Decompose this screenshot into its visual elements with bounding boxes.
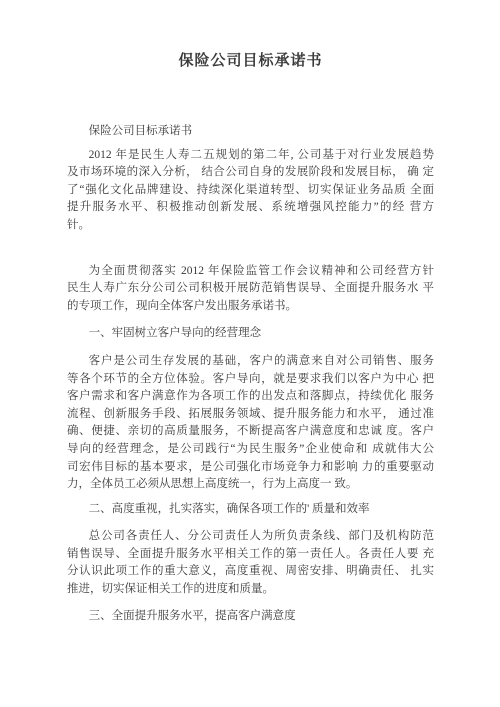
document-title: 保险公司目标承诺书: [67, 50, 434, 72]
text-line: 销售误导、全面提升服务水平相关工作的第一责任人。各责任人要 充: [67, 546, 434, 564]
text-line: 导向的经营理念，是公司践行“为民生服务”企业使命和 成就伟大公: [67, 441, 434, 459]
text-line: 二、高度重视，扎实落实，确保各项工作的' 质量和效率: [67, 501, 434, 519]
section-heading: 三、全面提升服务水平，提高客户满意度: [67, 608, 434, 626]
text-line: 力，全体员工必须从思想上高度统一，行为上高度一 致。: [67, 476, 434, 494]
text-line: 流程、创新服务手段、拓展服务领域、提升服务能力和水平， 通过准: [67, 406, 434, 424]
text-line: 民生人寿广东分公司公司积极开展防范销售误导、全面提升服务水 平: [67, 280, 434, 298]
paragraph: 为全面贯彻落实 2012 年保险监管工作会议精神和公司经营方针民生人寿广东分公司…: [67, 263, 434, 316]
document-body: 保险公司目标承诺书2012 年是民生人寿二五规划的第二年, 公司基于对行业发展趋…: [67, 123, 434, 625]
text-line: 司宏伟目标的基本要求，是公司强化市场竞争力和影响 力的重要驱动: [67, 459, 434, 477]
paragraph: 总公司各责任人、分公司责任人为所负责条线、部门及机构防范销售误导、全面提升服务水…: [67, 528, 434, 598]
text-line: 了“强化文化品牌建设、持续深化渠道转型、切实保证业务品质 全面: [67, 182, 434, 200]
text-line: 提升服务水平、积极推动创新发展、系统增强风控能力”的经 营方: [67, 199, 434, 217]
text-line: 保险公司目标承诺书: [67, 123, 434, 141]
text-line: 2012 年是民生人寿二五规划的第二年, 公司基于对行业发展趋势: [67, 147, 434, 165]
text-line: 客户是公司生存发展的基础，客户的满意来自对公司销售、服务: [67, 353, 434, 371]
text-line: 总公司各责任人、分公司责任人为所负责条线、部门及机构防范: [67, 528, 434, 546]
section-heading: 一、牢固树立客户导向的经营理念: [67, 325, 434, 343]
text-line: 推进，切实保证相关工作的进度和质量。: [67, 581, 434, 599]
text-line: 分认识此项工作的重大意义，高度重视、周密安排、明确责任、 扎实: [67, 563, 434, 581]
text-line: 确、便捷、亲切的高质量服务，不断提高客户满意度和忠诚 度。客户: [67, 423, 434, 441]
document-subtitle: 保险公司目标承诺书: [67, 123, 434, 141]
text-line: 的专项工作，现向全体客户发出服务承诺书。: [67, 298, 434, 316]
document-page: 保险公司目标承诺书 保险公司目标承诺书2012 年是民生人寿二五规划的第二年, …: [0, 0, 500, 707]
text-line: 针。: [67, 217, 434, 235]
paragraph: 2012 年是民生人寿二五规划的第二年, 公司基于对行业发展趋势及市场环境的深入…: [67, 147, 434, 235]
text-line: 一、牢固树立客户导向的经营理念: [67, 325, 434, 343]
text-line: 及市场环境的深入分析， 结合公司自身的发展阶段和发展目标， 确 定: [67, 164, 434, 182]
text-line: 等各个环节的全方位体验。客户导向，就是要求我们以客户为中心 把: [67, 371, 434, 389]
text-line: 客户需求和客户满意作为各项工作的出发点和落脚点，持续优化 服务: [67, 388, 434, 406]
text-line: 三、全面提升服务水平，提高客户满意度: [67, 608, 434, 626]
text-line: 为全面贯彻落实 2012 年保险监管工作会议精神和公司经营方针: [67, 263, 434, 281]
paragraph: 客户是公司生存发展的基础，客户的满意来自对公司销售、服务等各个环节的全方位体验。…: [67, 353, 434, 494]
section-heading: 二、高度重视，扎实落实，确保各项工作的' 质量和效率: [67, 501, 434, 519]
